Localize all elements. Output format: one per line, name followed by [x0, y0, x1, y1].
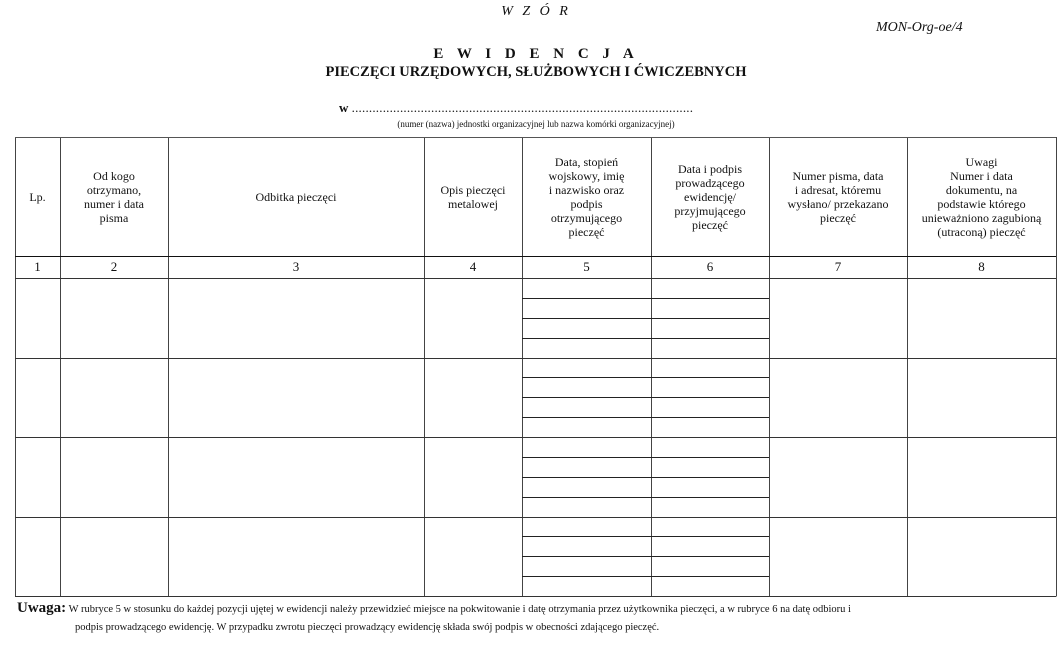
entry-row-4-col-4[interactable]	[425, 518, 521, 596]
note: Uwaga: W rubryce 5 w stosunku do każdej …	[17, 599, 1057, 637]
column-header-4: Opis pieczęcimetalowej	[426, 139, 520, 254]
note-line-2: podpis prowadzącego ewidencję. W przypad…	[17, 619, 1057, 637]
column-number-3: 3	[168, 256, 424, 278]
entry-row-2-col-4[interactable]	[425, 359, 521, 437]
column-header-7: Numer pisma, datai adresat, któremuwysła…	[771, 139, 905, 254]
entry-row-4-col-2[interactable]	[61, 518, 167, 596]
entry-row-3-col-6[interactable]	[652, 438, 768, 516]
entry-row-4-col-7[interactable]	[770, 518, 906, 596]
entry-row-3-col-3[interactable]	[169, 438, 423, 516]
entry-row-4-col-5[interactable]	[523, 518, 650, 596]
entry-row-1-col-3[interactable]	[169, 279, 423, 357]
entry-row-3-col-2[interactable]	[61, 438, 167, 516]
column-header-3: Odbitka pieczęci	[170, 139, 422, 254]
column-number-8: 8	[907, 256, 1056, 278]
entry-row-2-col-5[interactable]	[523, 359, 650, 437]
column-header-8: UwagiNumer i datadokumentu, napodstawie …	[909, 139, 1054, 254]
entry-row-1-col-4[interactable]	[425, 279, 521, 357]
column-number-2: 2	[60, 256, 168, 278]
entry-row-4-col-3[interactable]	[169, 518, 423, 596]
entry-row-2-col-7[interactable]	[770, 359, 906, 437]
column-number-5: 5	[522, 256, 651, 278]
column-header-2: Od kogootrzymano,numer i datapisma	[62, 139, 166, 254]
entry-row-4-col-1[interactable]	[16, 518, 59, 596]
entry-row-2-col-2[interactable]	[61, 359, 167, 437]
entry-row-3-col-1[interactable]	[16, 438, 59, 516]
entry-row-1-col-6[interactable]	[652, 279, 768, 357]
column-number-7: 7	[769, 256, 907, 278]
entry-row-4-col-8[interactable]	[908, 518, 1055, 596]
column-number-6: 6	[651, 256, 769, 278]
column-header-1: Lp.	[17, 139, 58, 254]
column-header-5: Data, stopieńwojskowy, imięi nazwisko or…	[524, 139, 649, 254]
note-line-1: W rubryce 5 w stosunku do każdej pozycji…	[69, 604, 851, 615]
entry-row-1-col-2[interactable]	[61, 279, 167, 357]
entry-row-2-col-8[interactable]	[908, 359, 1055, 437]
entry-row-2-col-6[interactable]	[652, 359, 768, 437]
note-label: Uwaga:	[17, 600, 66, 616]
entry-row-3-col-8[interactable]	[908, 438, 1055, 516]
entry-row-1-col-7[interactable]	[770, 279, 906, 357]
entry-row-2-col-1[interactable]	[16, 359, 59, 437]
column-header-6: Data i podpisprowadzącegoewidencję/przyj…	[653, 139, 767, 254]
entry-row-3-col-5[interactable]	[523, 438, 650, 516]
entry-row-2-col-3[interactable]	[169, 359, 423, 437]
entry-row-4-col-6[interactable]	[652, 518, 768, 596]
entry-row-1-col-5[interactable]	[523, 279, 650, 357]
entry-row-1-col-1[interactable]	[16, 279, 59, 357]
entry-row-3-col-4[interactable]	[425, 438, 521, 516]
entry-row-3-col-7[interactable]	[770, 438, 906, 516]
column-number-1: 1	[15, 256, 60, 278]
entry-row-1-col-8[interactable]	[908, 279, 1055, 357]
column-number-4: 4	[424, 256, 522, 278]
